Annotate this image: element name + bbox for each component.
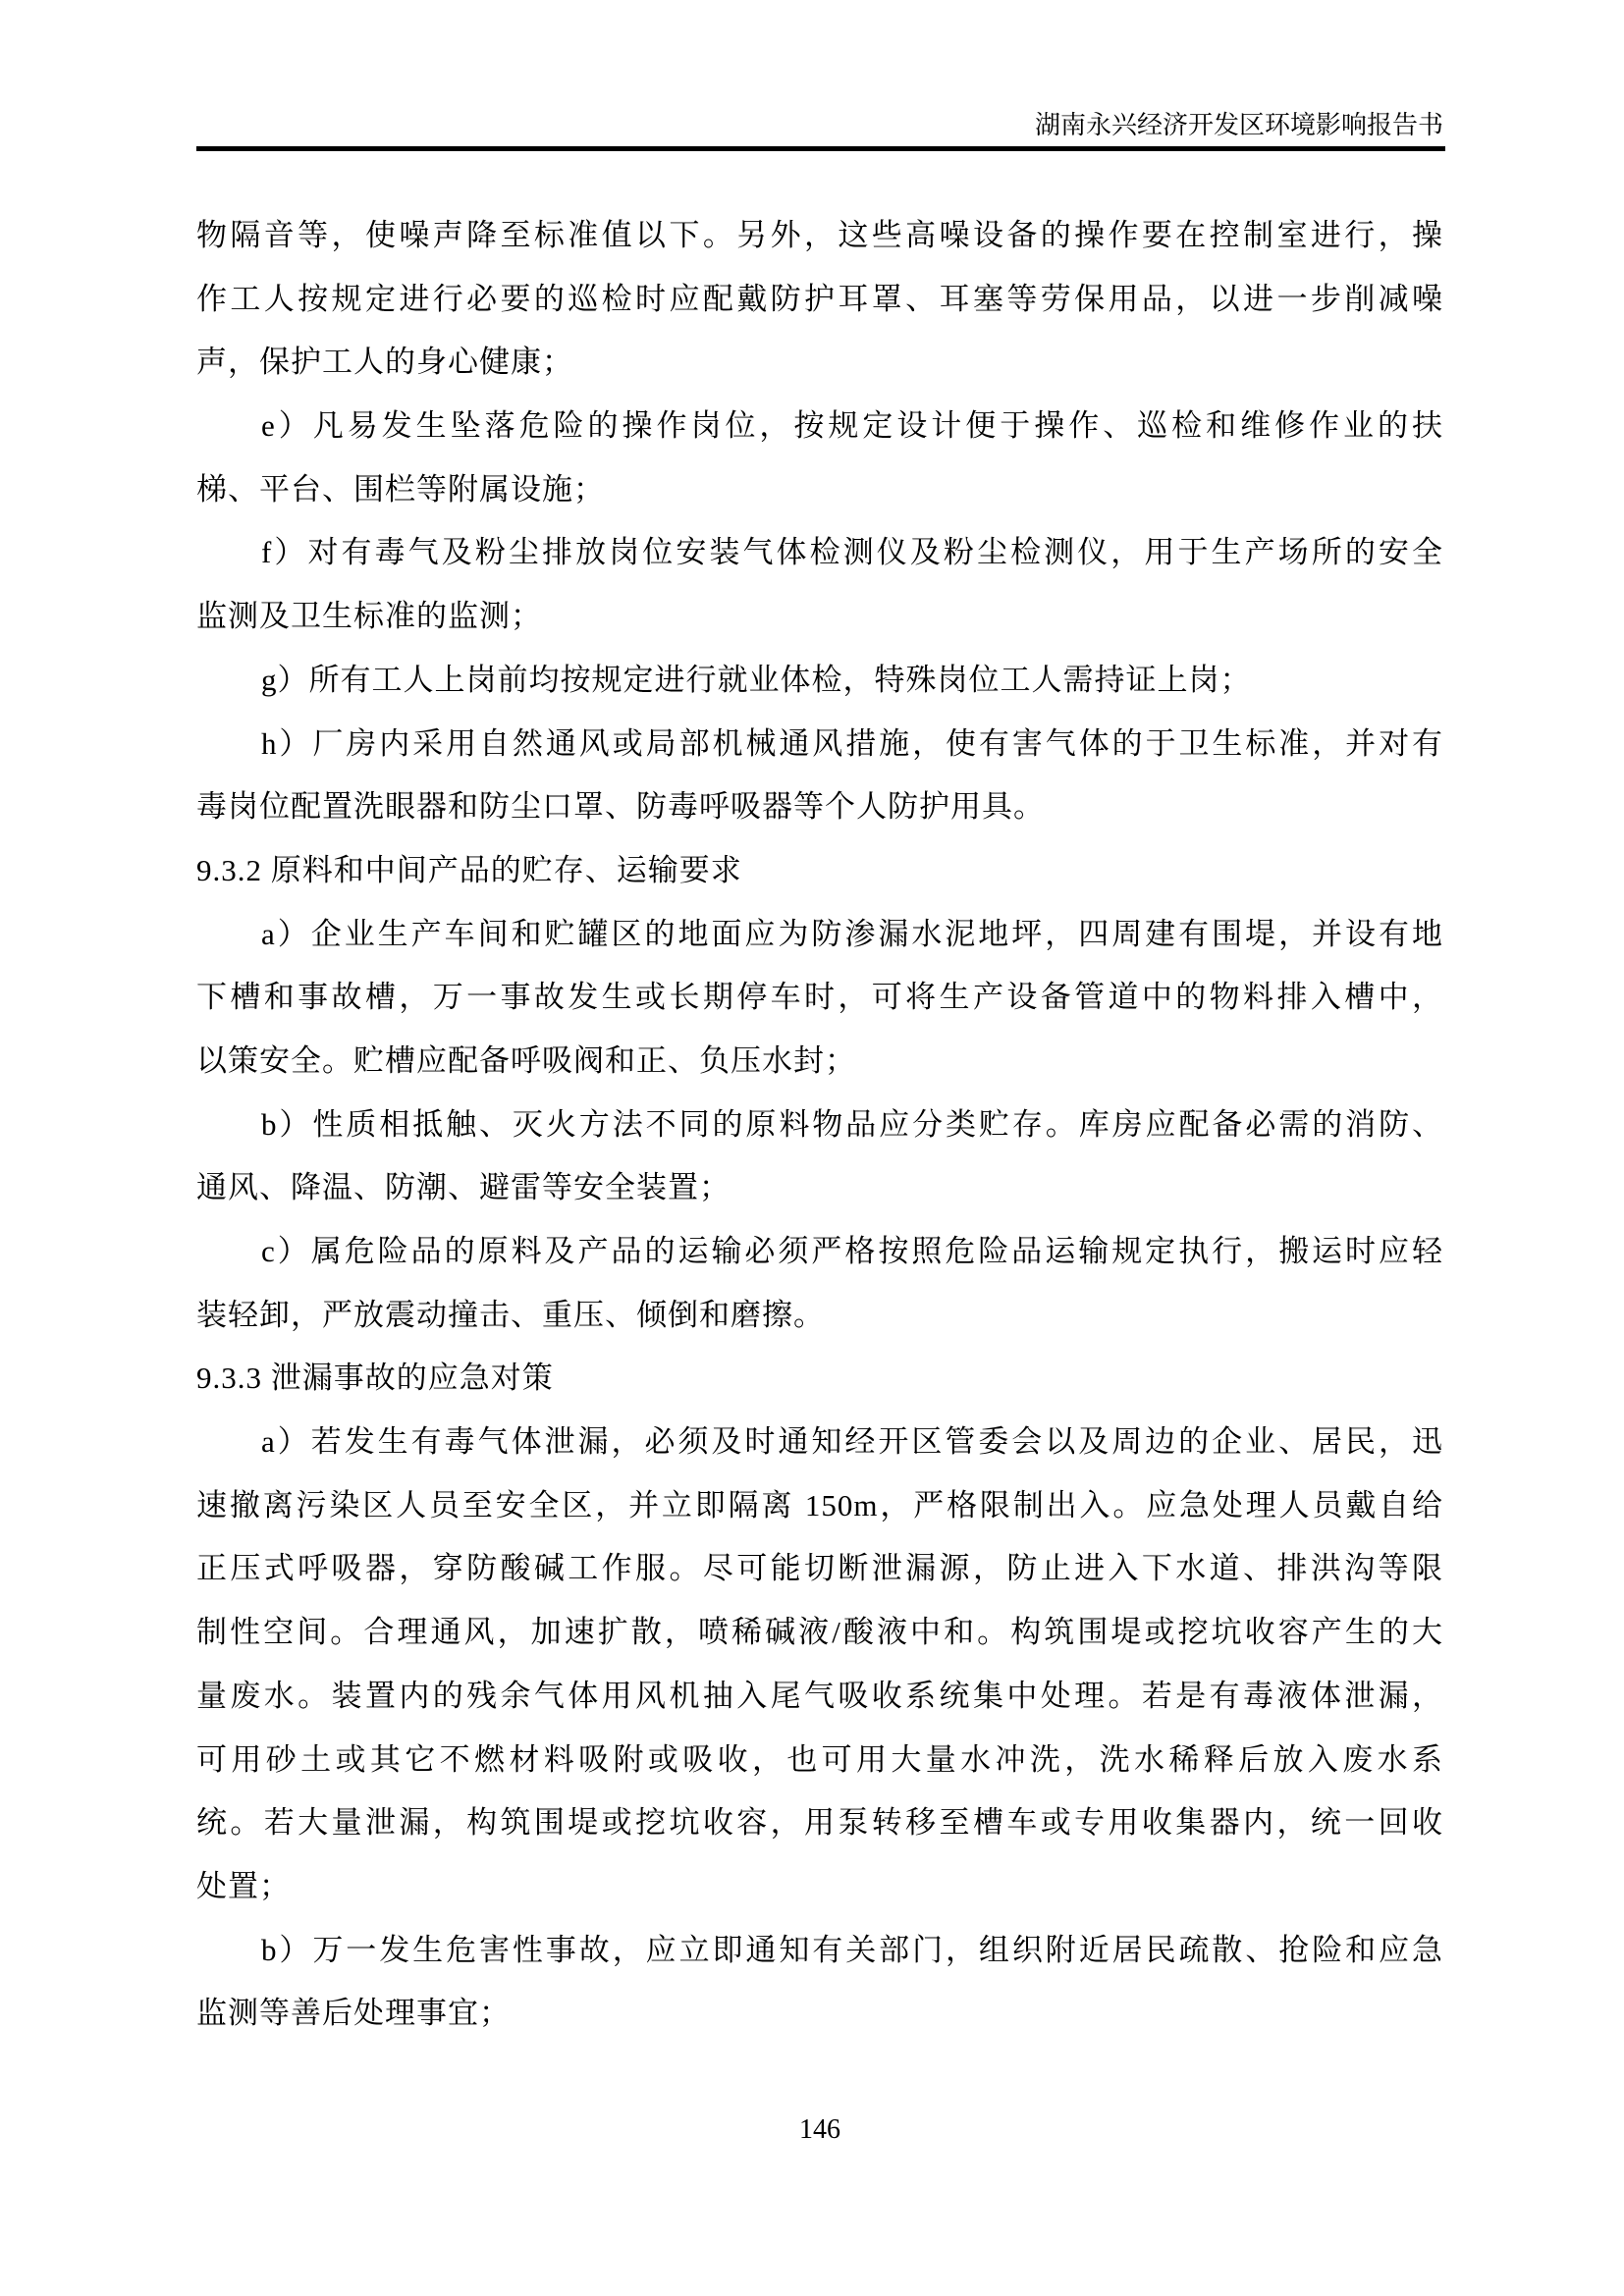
body-line: e）凡易发生坠落危险的操作岗位，按规定设计便于操作、巡检和维修作业的扶 [196,395,1443,458]
body-line: 作工人按规定进行必要的巡检时应配戴防护耳罩、耳塞等劳保用品，以进一步削减噪 [196,268,1443,332]
document-page: 湖南永兴经济开发区环境影响报告书 物隔音等，使噪声降至标准值以下。另外，这些高噪… [0,0,1624,2296]
body-line: 监测等善后处理事宜； [196,1982,1443,2046]
body-line: 可用砂土或其它不燃材料吸附或吸收，也可用大量水冲洗，洗水稀释后放入废水系 [196,1729,1443,1792]
body-line: 梯、平台、围栏等附属设施； [196,458,1443,522]
body-line: 装轻卸，严放震动撞击、重压、倾倒和磨擦。 [196,1284,1443,1348]
body-line: 监测及卫生标准的监测； [196,585,1443,649]
section-heading-9-3-3: 9.3.3 泄漏事故的应急对策 [196,1347,1443,1411]
body-line: 统。若大量泄漏，构筑围堤或挖坑收容，用泵转移至槽车或专用收集器内，统一回收 [196,1791,1443,1855]
body-line: 通风、降温、防潮、避雷等安全装置； [196,1156,1443,1220]
body-line: 毒岗位配置洗眼器和防尘口罩、防毒呼吸器等个人防护用具。 [196,775,1443,839]
body-line: 速撤离污染区人员至安全区，并立即隔离 150m，严格限制出入。应急处理人员戴自给 [196,1474,1443,1538]
body-line: 正压式呼吸器，穿防酸碱工作服。尽可能切断泄漏源，防止进入下水道、排洪沟等限 [196,1537,1443,1601]
header-title: 湖南永兴经济开发区环境影响报告书 [196,110,1443,141]
body-line: b）万一发生危害性事故，应立即通知有关部门，组织附近居民疏散、抢险和应急 [196,1919,1443,1983]
body-line: 量废水。装置内的残余气体用风机抽入尾气吸收系统集中处理。若是有毒液体泄漏， [196,1665,1443,1729]
body-line: a）若发生有毒气体泄漏，必须及时通知经开区管委会以及周边的企业、居民，迅 [196,1411,1443,1474]
body-line: a）企业生产车间和贮罐区的地面应为防渗漏水泥地坪，四周建有围堤，并设有地 [196,903,1443,967]
body-line: f）对有毒气及粉尘排放岗位安装气体检测仪及粉尘检测仪，用于生产场所的安全 [196,521,1443,585]
body-line: c）属危险品的原料及产品的运输必须严格按照危险品运输规定执行，搬运时应轻 [196,1220,1443,1284]
body-text: 物隔音等，使噪声降至标准值以下。另外，这些高噪设备的操作要在控制室进行，操 作工… [196,204,1443,2046]
body-line: b）性质相抵触、灭火方法不同的原料物品应分类贮存。库房应配备必需的消防、 [196,1094,1443,1157]
section-heading-9-3-2: 9.3.2 原料和中间产品的贮存、运输要求 [196,839,1443,903]
body-line: 声，保护工人的身心健康； [196,331,1443,395]
page-number: 146 [196,2110,1443,2150]
header-rule [196,146,1445,151]
body-line: g）所有工人上岗前均按规定进行就业体检，特殊岗位工人需持证上岗； [196,649,1443,713]
body-line: 处置； [196,1855,1443,1919]
body-line: h）厂房内采用自然通风或局部机械通风措施，使有害气体的于卫生标准，并对有 [196,713,1443,776]
body-line: 物隔音等，使噪声降至标准值以下。另外，这些高噪设备的操作要在控制室进行，操 [196,204,1443,268]
body-line: 以策安全。贮槽应配备呼吸阀和正、负压水封； [196,1030,1443,1094]
body-line: 制性空间。合理通风，加速扩散，喷稀碱液/酸液中和。构筑围堤或挖坑收容产生的大 [196,1601,1443,1665]
body-line: 下槽和事故槽，万一事故发生或长期停车时，可将生产设备管道中的物料排入槽中， [196,966,1443,1030]
